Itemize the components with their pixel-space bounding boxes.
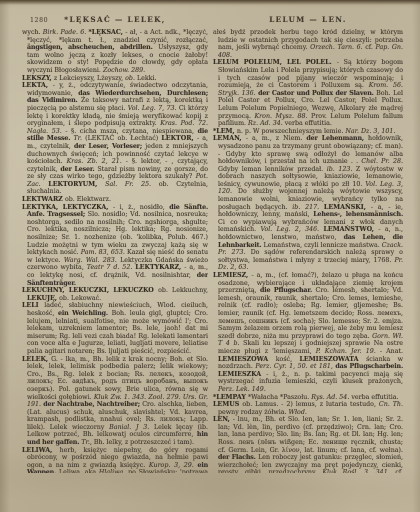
right-running-header: LELUM — LEN. — [213, 15, 403, 25]
entry-text-segment: der Flachs. — [218, 454, 258, 461]
entry-text-segment: Teatr 7 d. 52. — [87, 264, 136, 271]
entry-text-segment: ein Weichling. — [58, 310, 112, 317]
entry-text-segment: LEMUS — [213, 401, 242, 408]
dictionary-entry: wych. Birk. Pade. 6. *LĘKSAĆ, - ał, - a … — [22, 29, 208, 75]
entry-text-segment: Włod. — [289, 409, 307, 416]
entry-text-segment: Kurop. 3, 29. — [149, 462, 198, 469]
entry-text-segment: cf. — [365, 44, 375, 51]
page-left-edge-shadow — [0, 0, 10, 512]
entry-text-segment: ib. 123. — [327, 166, 356, 173]
entry-text-segment: Chel. Pr. 28. — [361, 158, 403, 165]
entry-text-segment: ob. Lamus. - 2) lemus, z lutaria testudo… — [242, 401, 379, 408]
entry-text-segment: - Anat. — [380, 348, 403, 355]
entry-text-segment: *LĘKSAĆ, — [88, 29, 125, 36]
entry-text-segment: der Lehenmann, — [306, 135, 368, 142]
entry-text-segment: Bh. lelky, z potrzeszczeć i tam). — [94, 439, 194, 446]
entry-text-segment: LEMAN, — [213, 135, 246, 142]
entry-text-segment: ob. Elektwarz. — [65, 196, 111, 203]
entry-text-segment: Nar. Dz. 3, 101. — [345, 128, 395, 135]
entry-text-segment: LELUM POLELUM, LEL POLEL. — [213, 59, 337, 66]
entry-text-segment: *Wałacha *Paszołu. — [248, 394, 311, 401]
entry-text-segment: LEMIESZOWA — [218, 356, 276, 363]
entry-text-segment: LEKTORYUM, — [48, 181, 105, 188]
left-text-column: wych. Birk. Pade. 6. *LĘKSAĆ, - ał, - a … — [22, 29, 208, 473]
entry-text-segment: n. p. W powszechnieyszym lemie. — [237, 128, 346, 135]
entry-text-segment: лилокъ; — [160, 416, 190, 423]
entry-text-segment: LEKTOR, — [161, 135, 197, 142]
entry-text-segment: wych. — [22, 29, 43, 36]
dictionary-entry: LELI ladeć, słabiuchny niewieściuch, Wlo… — [22, 302, 208, 355]
entry-text-segment: der Nachtrabe, Nachtreiber; — [43, 401, 142, 408]
entry-text-segment: Vol. Leg. 7, 73. — [128, 105, 179, 112]
entry-text-segment: der Leser, Vorleser; — [74, 143, 145, 150]
entry-text-segment: - i, ż., nosidło, — [113, 204, 169, 211]
entry-text-segment: kość, — [276, 356, 300, 363]
entry-text-segment: Perz. Cyr. 1, 50. et 181, — [255, 363, 335, 370]
entry-text-segment: P. Kchan. Jer. 19. — [316, 348, 380, 355]
entry-text-segment: LEKTYKARZ, — [135, 264, 184, 271]
dictionary-entry: *LEM, n. p. W powszechnieyszym lemie. Na… — [213, 128, 403, 136]
entry-text-segment: LEKUJĘ, — [27, 295, 59, 302]
entry-text-segment: ob. Lekkuchny, — [158, 287, 208, 294]
entry-text-segment: Warg. Wal. 283. — [64, 257, 120, 264]
entry-text-segment: ob. — [125, 75, 137, 82]
entry-text-segment: LELI — [22, 302, 44, 309]
entry-text-segment: Birk. Pade. 6. — [43, 29, 89, 36]
dictionary-entry: LEMAN, - a, m., z Niem. der Lehenmann, h… — [213, 135, 403, 272]
entry-text-segment: Lemaństwa, czyli lennicze maństwa. — [264, 242, 382, 249]
entry-text-segment: ib. 217. — [292, 204, 324, 211]
entry-text-segment: Rys. Ad. 54. — [311, 394, 351, 401]
entry-text-segment: LEKTA, — [22, 82, 53, 89]
entry-text-segment: Banial. J 3. — [109, 424, 154, 431]
entry-text-segment: ob. Lekować. — [59, 295, 101, 302]
entry-text-segment: Kras. Zb. 2, 21. — [67, 158, 126, 165]
dictionary-entry: *LEMPAY *Wałacha *Paszołu. Rys. Ad. 54. … — [213, 394, 403, 402]
entry-text-segment: verba effutitia. — [351, 394, 398, 401]
dictionary-entry: ałeś bydź przodek herbu tego kród dzieln… — [213, 29, 403, 59]
entry-text-segment: der Castor und Pollux der Slaven. — [258, 90, 376, 97]
dictionary-entry: LEMUS ob. Lamus. - 2) lemus, z lutaria t… — [213, 401, 403, 416]
right-text-column: ałeś bydź przodek herbu tego kród dzieln… — [213, 29, 403, 473]
entry-text-segment: Tr., — [81, 439, 94, 446]
entry-text-segment: Boh. leula gigl, gluptci; Cro. lelujem, … — [27, 310, 208, 355]
entry-text-segment: LEMAŃSTWO, — [323, 226, 378, 233]
entry-text-segment: LEKTWARZ — [22, 196, 65, 203]
entry-text-segment: Perz. Lek. 149. — [218, 386, 266, 393]
entry-text-segment: Gdyby leman lenników przedał. — [218, 166, 327, 173]
entry-text-segment: LELEK, — [22, 356, 51, 363]
dictionary-entry: LEKTYKA, LEKTYCZKA, - i, ż., nosidło, di… — [22, 204, 208, 288]
entry-text-segment: LEN, — [213, 416, 233, 423]
dictionary-entry: LELIWA, herb, księżyc niepełny, do góry … — [22, 447, 208, 473]
entry-text-segment: Hlaliwa, — [99, 469, 128, 473]
entry-text-segment: verba effutitia. — [285, 120, 332, 127]
entry-text-segment: das Pflugscharbein. — [335, 363, 403, 370]
entry-text-segment: Orzech. Tarn. 6. — [310, 44, 365, 51]
entry-text-segment: der Leser. — [60, 166, 97, 173]
entry-text-segment: LEMIESZKA — [218, 371, 266, 378]
entry-text-segment: LEMAŃSKI, — [324, 204, 371, 211]
entry-text-segment: Kron. Mysz. 88. — [254, 113, 311, 120]
page-right-edge-shadow — [412, 0, 420, 512]
dictionary-entry: LELUM POLELUM, LEL POLEL. - Są którzy bo… — [213, 59, 403, 127]
entry-text-segment: LEKUCHNY, LEKUCZKI, LEKUCZKO — [22, 287, 158, 294]
page-top-edge-shadow — [0, 0, 420, 5]
entry-text-segment: *LEM, — [213, 128, 237, 135]
entry-text-segment: LEMIESZOWATA — [299, 356, 366, 363]
entry-text-segment: LEKSZY, — [22, 75, 54, 82]
entry-text-segment: - §. cicha msza, czytana, niespiewana, — [65, 128, 197, 135]
entry-text-segment: LEMIESZ, — [213, 272, 251, 279]
entry-text-segment: Rz. Ad. 34. — [248, 120, 285, 127]
dictionary-entry: LEKTA, - y, ż., odczytywanie, świadectwo… — [22, 82, 208, 196]
entry-text-segment: *LEMPAY — [213, 394, 248, 401]
entry-text-segment: (LEKTAĆ ob. Łechtać) — [85, 135, 161, 142]
entry-text-segment: ленище — [322, 439, 351, 446]
entry-text-segment: wißgen; Ec. — [279, 439, 321, 446]
entry-text-segment: Vol. Leg. 2, 346. — [260, 226, 323, 233]
left-running-header: *LĘKSAĆ — LELEK, — [22, 15, 208, 25]
entry-text-segment: Lekki. — [137, 75, 157, 82]
entry-text-segment: Cn. Th. — [379, 401, 403, 408]
entry-text-segment: Zochow. 289. — [103, 67, 145, 74]
dictionary-entry: LEN, - lnu, m., Bh. et Slo. len, lan; Sr… — [213, 416, 403, 473]
entry-text-segment: Tr. — [73, 135, 85, 142]
entry-text-segment: pewny rodzay żółwia. — [218, 409, 289, 416]
entry-text-segment: ленъ (лёнъ — [238, 439, 279, 446]
entry-text-segment: Pam. 83, 653. — [81, 249, 127, 256]
dictionary-entry: LEKTWARZ ob. Elektwarz. — [22, 196, 208, 204]
entry-text-segment: LELIWA, — [22, 447, 60, 454]
entry-text-segment: z Lekcieyszy, Lżeyszy, — [54, 75, 125, 82]
scanned-dictionary-page: 1280 *LĘKSAĆ — LELEK, LELUM — LEN. wych.… — [0, 0, 420, 512]
dictionary-entry: LELEK, G. - lka, m., Bh. lelik z krak no… — [22, 356, 208, 447]
entry-text-segment: Kluk Rośl. 3, 341. — [322, 469, 395, 473]
entry-text-segment: ängstigen, abscheuchen, abdrillen. — [27, 44, 158, 51]
dictionary-entry: LEKUCHNY, LEKUCZKI, LEKUCZKO ob. Lekkuch… — [22, 287, 208, 302]
entry-text-segment: Sal. Fr. 25. — [105, 181, 159, 188]
entry-text-segment: die Pflugschar. — [260, 287, 316, 294]
entry-text-segment: Lehens-, lehensmännisch. — [313, 211, 403, 218]
entry-text-segment: LEKTYKA, LEKTYCZKA, — [22, 204, 113, 211]
entry-text-segment: - a, m., z Niem. — [246, 135, 307, 142]
dictionary-entry: LEMIESZ, - a, m., (cf. łomać?), żelazo u… — [213, 272, 403, 394]
entry-text-segment: Leliwa, aka — [59, 469, 99, 473]
